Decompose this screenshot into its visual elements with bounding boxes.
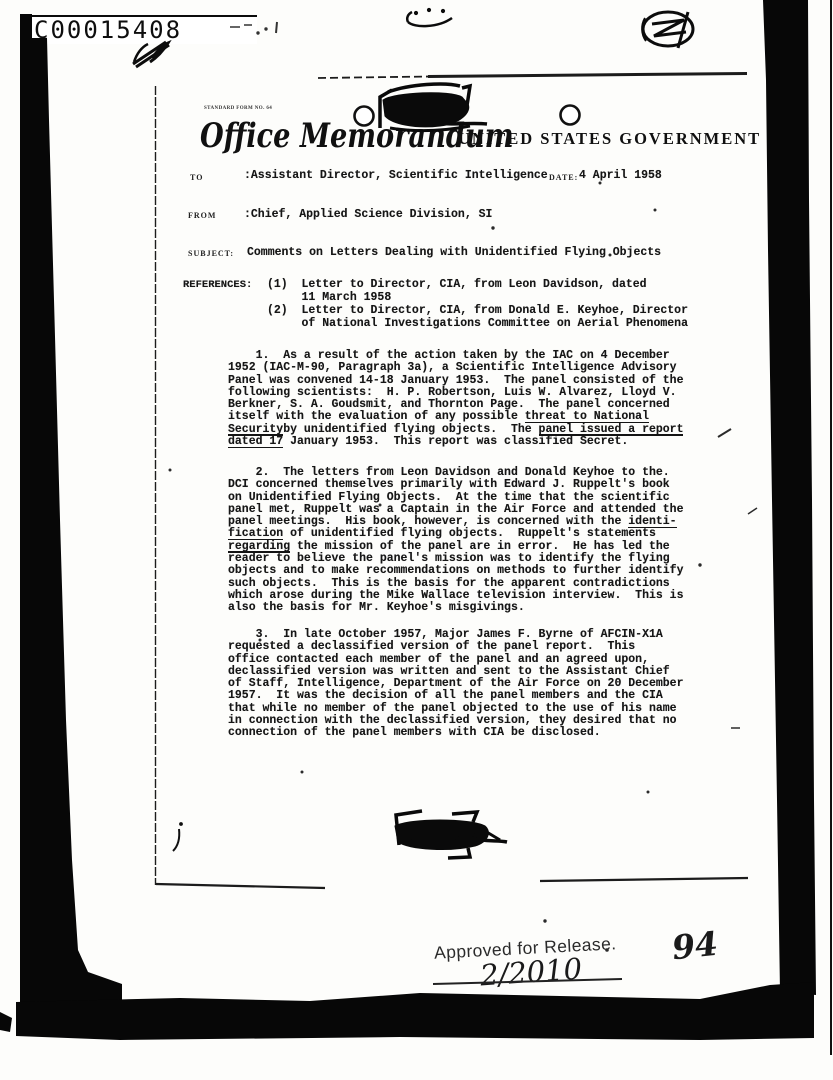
date-value: 4 April 1958 [579, 170, 662, 182]
paragraph-3: 3. In late October 1957, Major James F. … [228, 629, 683, 740]
subject-label: SUBJECT: [188, 249, 234, 258]
body-line: 1952 (IAC-M-90, Paragraph 3a), a Scienti… [228, 362, 683, 374]
from-value: :Chief, Applied Science Division, SI [244, 209, 492, 221]
doc-id-box: C00015408 [31, 15, 257, 44]
reference-line: (1) Letter to Director, CIA, from Leon D… [267, 278, 688, 291]
bottom-left-speck [0, 1012, 12, 1032]
to-value: :Assistant Director, Scientific Intellig… [244, 170, 548, 182]
title-separator-dot: · [444, 130, 455, 150]
standard-form-label: STANDARD FORM NO. 64 [204, 106, 272, 111]
handwritten-page-number: 94 [670, 924, 720, 968]
bottom-scan-bar [16, 982, 814, 1040]
reference-line: 11 March 1958 [267, 291, 688, 304]
body-line: objects and to make recommendations on m… [228, 565, 683, 577]
body-line: fication of unidentified flying objects.… [228, 528, 683, 540]
government-label: UNITED STATES GOVERNMENT [458, 129, 761, 149]
scanned-memo-page: C00015408 STANDARD FORM NO. 64 Office Me… [0, 0, 833, 1080]
paragraph-2: 2. The letters from Leon Davidson and Do… [228, 467, 683, 615]
references-label: REFERENCES: [183, 279, 252, 291]
doc-id-scribble [133, 42, 169, 67]
subject-value: Comments on Letters Dealing with Unident… [247, 247, 661, 259]
body-line: requested a declassified version of the … [228, 641, 683, 653]
text-underline [228, 551, 290, 552]
body-line: also the basis for Mr. Keyhoe's misgivin… [228, 602, 683, 614]
handwritten-j-mark [173, 823, 182, 851]
right-scan-bar [763, 0, 816, 995]
text-underline [228, 434, 283, 435]
references-block: (1) Letter to Director, CIA, from Leon D… [267, 278, 688, 330]
body-line: 1957. It was the decision of all the pan… [228, 690, 683, 702]
punch-hole-right [561, 106, 580, 125]
text-underline [228, 447, 283, 448]
text-underline [628, 527, 676, 528]
body-line: dated 17 January 1953. This report was c… [228, 436, 683, 448]
text-underline [539, 434, 684, 435]
to-label: TO [190, 173, 203, 182]
reference-line: (2) Letter to Director, CIA, from Donald… [267, 304, 688, 317]
doc-id: C00015408 [31, 17, 257, 43]
body-line: DCI concerned themselves primarily with … [228, 479, 683, 491]
handwritten-release-date: 2/2010 [479, 951, 583, 992]
text-underline [228, 539, 283, 540]
text-underline [525, 422, 649, 423]
paragraph-1: 1. As a result of the action taken by th… [228, 350, 683, 448]
top-center-pen-mark [407, 8, 452, 26]
reference-line: of National Investigations Committee on … [267, 317, 688, 330]
right-edge-line [830, 0, 832, 1055]
redaction-scribble-footer [395, 811, 507, 858]
from-label: FROM [188, 211, 216, 220]
top-right-pen-mark [642, 12, 693, 48]
body-line: connection of the panel members with CIA… [228, 727, 683, 739]
left-scan-bar [20, 14, 122, 1006]
date-label: DATE: [549, 173, 578, 182]
